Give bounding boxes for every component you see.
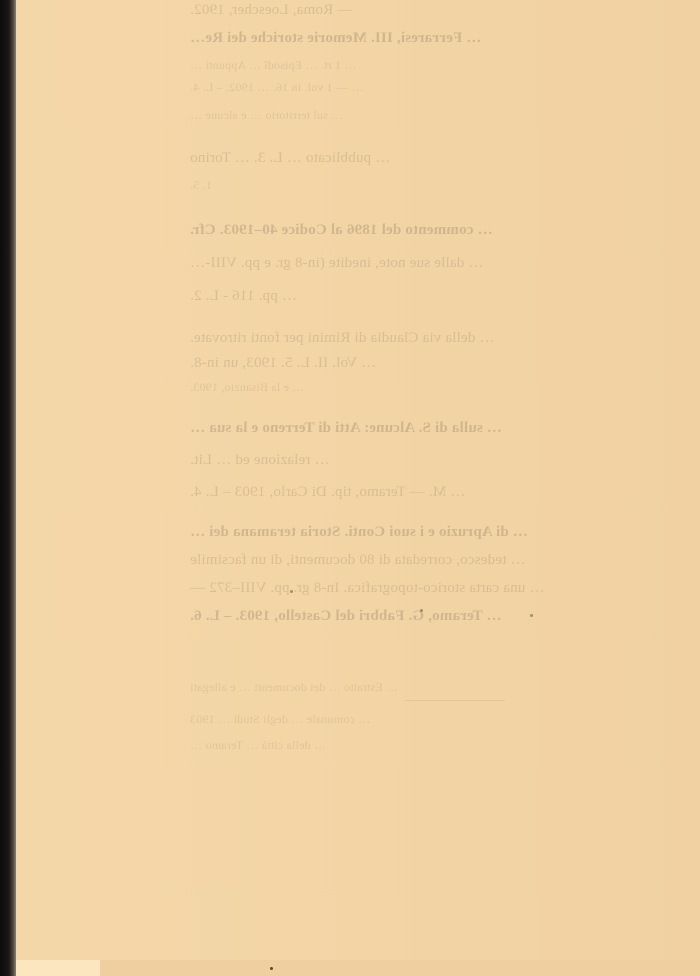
bleed-through-line: … M. — Teramo, tip. Di Carlo, 1903 – L. … [190,484,700,501]
bleed-through-line: … — 1 vol. in 16. … 1902. – L. 4. [190,80,700,95]
bleed-through-line: … pubblicato … L. 3. … Torino [190,150,700,167]
bleed-through-line: … e la Bisanzio, 1903. [190,380,700,395]
paper-speck [270,967,273,970]
bleed-through-line: … Vol. II. L. 5. 1903, un in-8. [190,355,700,372]
bleed-through-line: … sulla di S. Alcune: Atti di Terreno e … [190,420,700,437]
page-bottom-edge [16,960,700,976]
paper-speck [530,614,533,617]
bleed-through-line: … commento del 1896 al Codice 40–1903. C… [190,222,700,239]
paper-speck [420,609,423,612]
bleed-through-line: … dalle sue note, inedite (in-8 gr. e pp… [190,255,700,272]
bleed-through-rule [405,700,505,701]
bleed-through-line: … 1 rt. … Episodî … Appunti … [190,58,700,73]
bleed-through-line: … comunale … degli Studi … 1903 [190,712,700,727]
bleed-through-line: … Teramo, G. Fabbri del Castello, 1903. … [190,608,700,625]
bleed-through-line: … Ferraresi, III. Memorie storiche dei R… [190,30,700,47]
paper-speck [290,590,293,593]
bleed-through-line: … pp. 116 - L. 2. [190,288,700,305]
bleed-through-line: … della via Claudia di Rimini per fonti … [190,330,700,347]
scanned-page [16,0,700,960]
bleed-through-line: … relazione ed … Lit. [190,452,700,469]
bleed-through-line: … Estratto … dei documenti … e allegati [190,680,700,695]
bleed-through-line: … una carta storico-topografica. In-8 gr… [190,580,700,597]
bleed-through-line: 1. 5. [190,178,700,193]
book-binding-edge [0,0,16,976]
bleed-through-line: … sul territorio … e alcune … [190,108,700,123]
bleed-through-line: — Roma, Loescher, 1902. [190,2,700,19]
bleed-through-line: … della città … Teramo … [190,738,700,753]
page-corner-tab [16,960,100,976]
bleed-through-line: … di Apruzio e i suoi Conti. Storia tera… [190,524,700,541]
bleed-through-line: … tedesco, corredata di 80 documenti, di… [190,552,700,569]
